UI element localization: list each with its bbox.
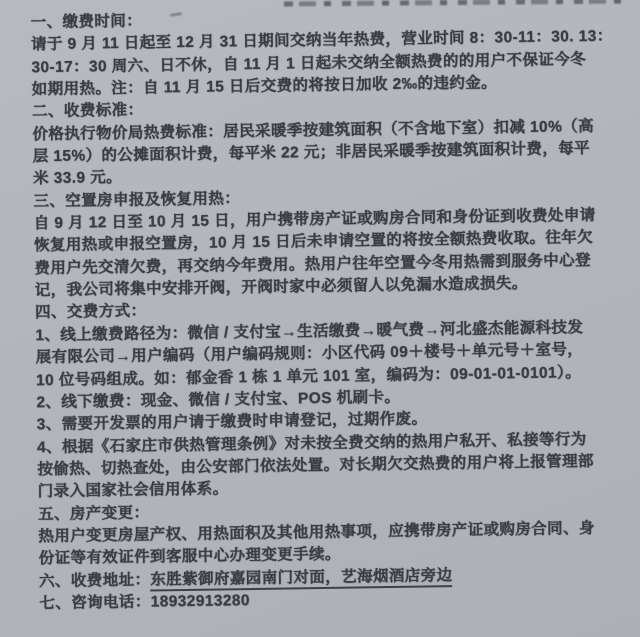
doc-text: 门录入国家社会信用体系。 [38, 481, 229, 501]
doc-text: 四、交费方式： [35, 303, 147, 322]
payment-address-underlined-text: 东胜紫御府嘉园南门对面，艺海烟酒店旁边 [150, 567, 452, 591]
doc-text: 一、缴费时间： [31, 13, 143, 32]
document-lines: 一、缴费时间：请于 9 月 11 日起至 12 月 31 日期间交纳当年热费，营… [31, 3, 635, 615]
doc-text: 七、咨询电话：18932913280 [39, 592, 250, 612]
doc-text: 米 33.9 元。 [33, 169, 122, 187]
doc-text: 如期用热。注：自 11 月 15 日后交费的将按日加收 2‰的违约金。 [32, 74, 497, 98]
doc-text: 三、空置房申报及恢复用热： [33, 190, 240, 210]
document-photo: 一、缴费时间：请于 9 月 11 日起至 12 月 31 日期间交纳当年热费，营… [0, 0, 640, 637]
doc-text: 2、线下缴费：现金、微信 / 支付宝、POS 机刷卡。 [36, 389, 400, 411]
doc-text: 3、需要开发票的用户请于缴费时申请登记，过期作废。 [37, 411, 428, 434]
doc-text: 记，我公司将集中安排开阀，开阀时家中必须留人以免漏水造成损失。 [35, 275, 528, 299]
doc-text: 份证等有效证件到客服中心办理变更手续。 [39, 546, 341, 567]
doc-text: 五、房产变更： [38, 504, 150, 523]
notice-document: 一、缴费时间：请于 9 月 11 日起至 12 月 31 日期间交纳当年热费，营… [0, 0, 640, 616]
doc-text: 六、收费地址： [39, 571, 151, 590]
doc-text: 二、收费标准： [32, 102, 144, 121]
